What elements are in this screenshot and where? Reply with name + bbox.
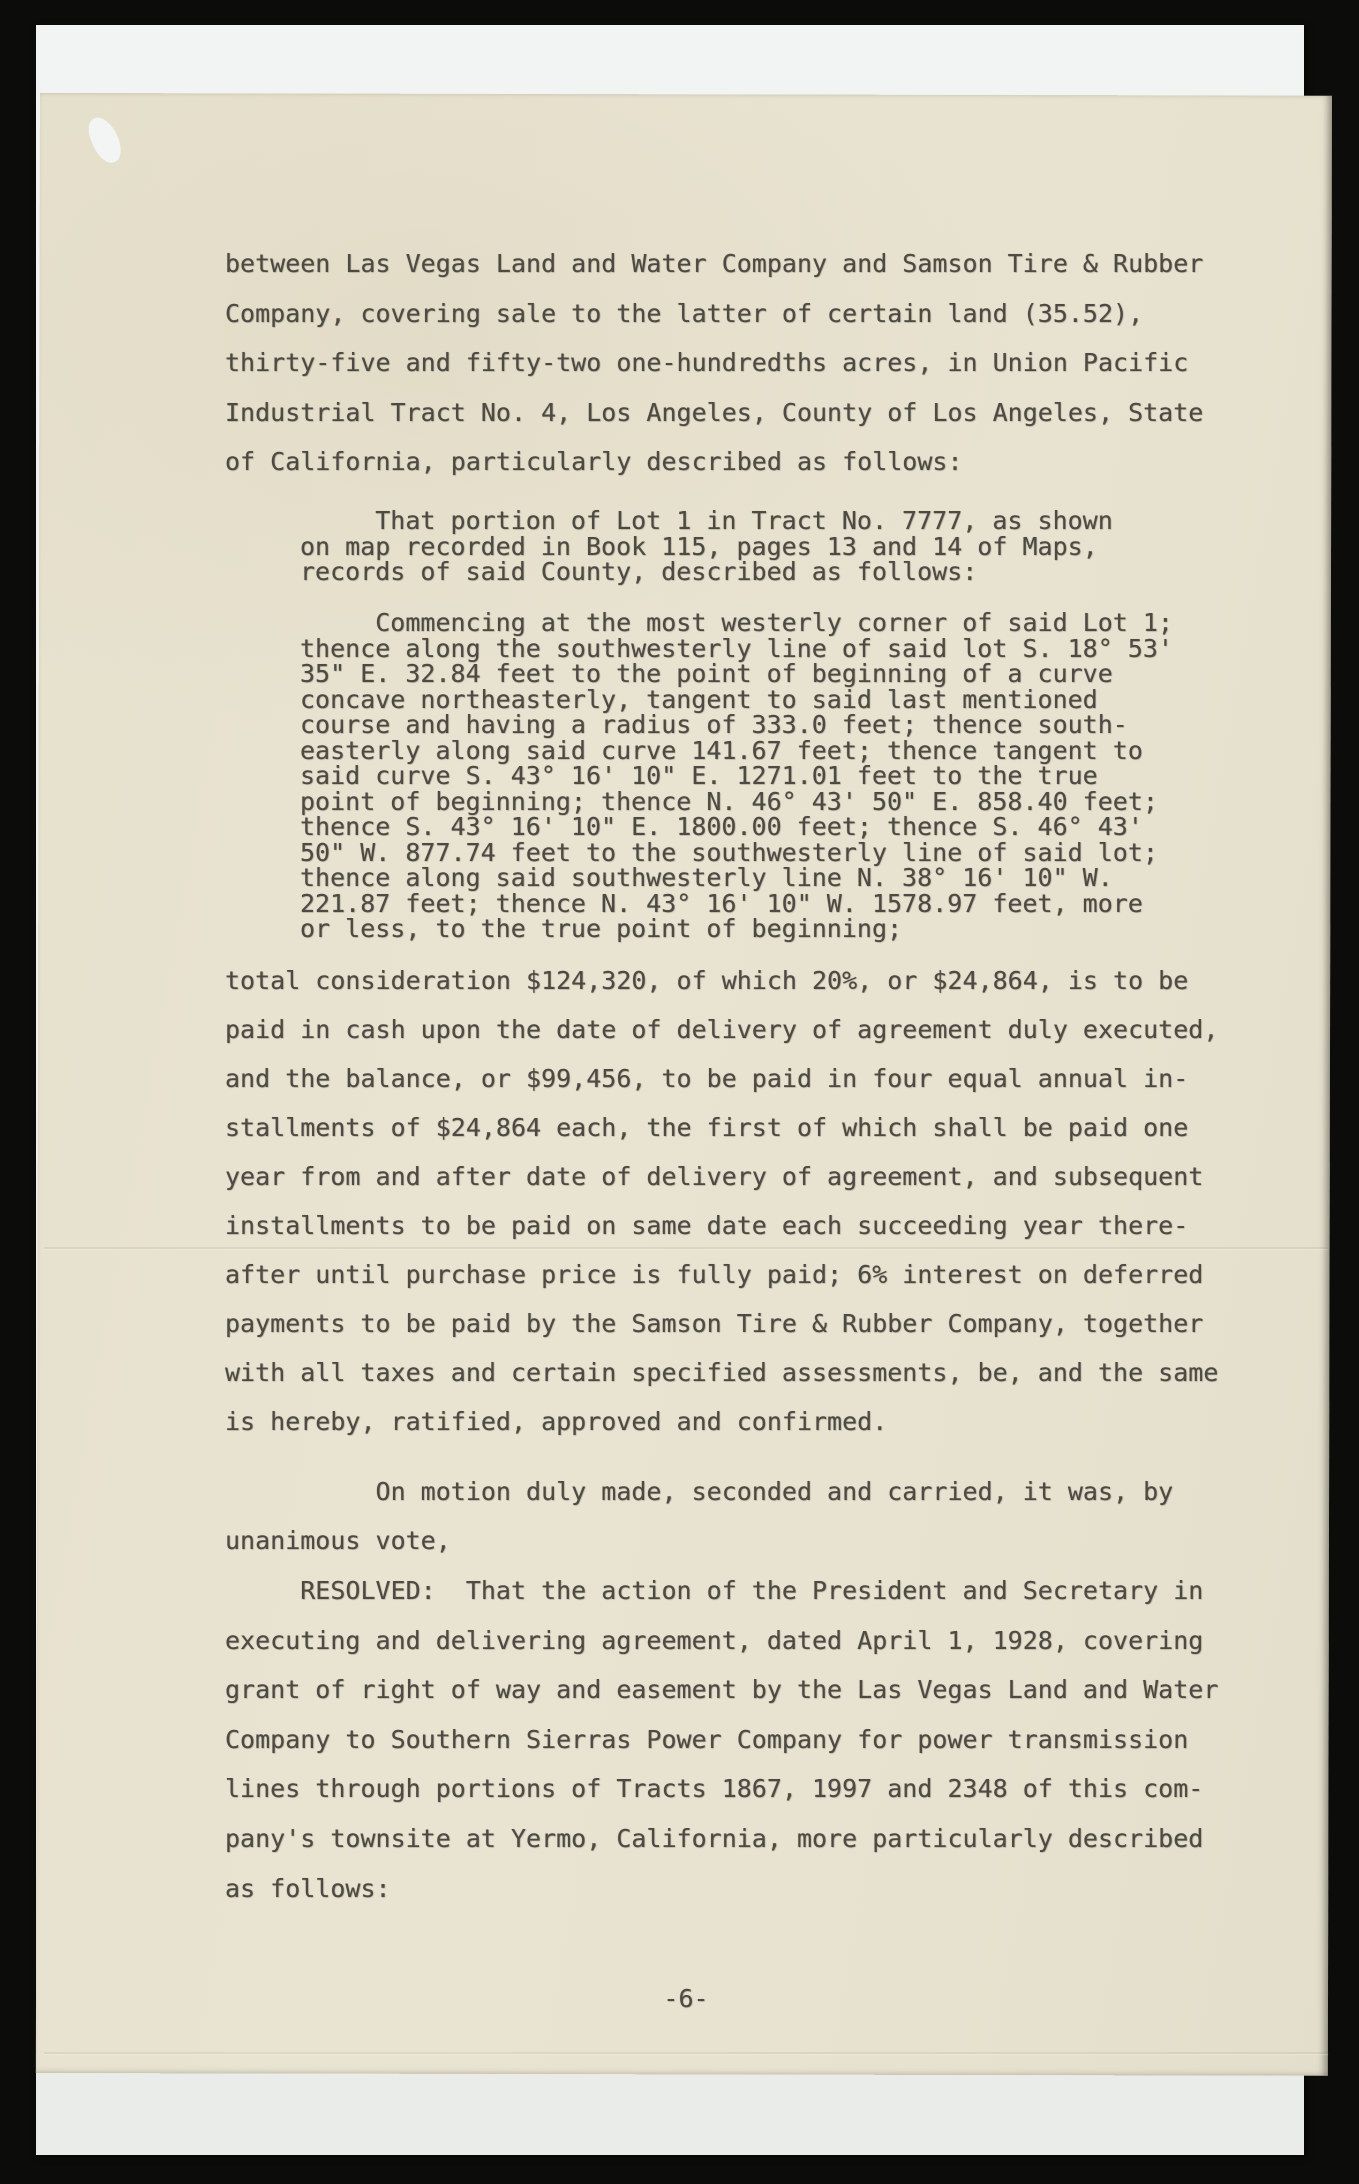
text-line: and the balance, or $99,456, to be paid … [225,1054,1218,1103]
text-line: said curve S. 43° 16' 10" E. 1271.01 fee… [300,763,1173,789]
text-line: 50" W. 877.74 feet to the southwesterly … [300,840,1173,866]
text-line: RESOLVED: That the action of the Preside… [225,1566,1218,1616]
typed-text-layer: between Las Vegas Land and Water Company… [0,0,1359,2184]
page-number: -6- [40,1986,1332,2011]
text-line: thirty-five and fifty-two one-hundredths… [225,338,1203,388]
text-line: year from and after date of delivery of … [225,1152,1218,1201]
text-line: with all taxes and certain specified ass… [225,1348,1218,1397]
paragraph-intro: between Las Vegas Land and Water Company… [225,239,1203,487]
text-line: Industrial Tract No. 4, Los Angeles, Cou… [225,388,1203,438]
text-line: Company, covering sale to the latter of … [225,289,1203,339]
text-line: easterly along said curve 141.67 feet; t… [300,738,1173,764]
text-line: after until purchase price is fully paid… [225,1250,1218,1299]
text-line: paid in cash upon the date of delivery o… [225,1005,1218,1054]
text-line: thence along the southwesterly line of s… [300,636,1173,662]
text-line: between Las Vegas Land and Water Company… [225,239,1203,289]
text-line: grant of right of way and easement by th… [225,1665,1218,1715]
text-line: records of said County, described as fol… [300,559,1113,585]
text-line: lines through portions of Tracts 1867, 1… [225,1764,1218,1814]
paragraph-consideration: total consideration $124,320, of which 2… [225,956,1218,1446]
text-line: course and having a radius of 333.0 feet… [300,712,1173,738]
text-line: installments to be paid on same date eac… [225,1201,1218,1250]
text-line: That portion of Lot 1 in Tract No. 7777,… [300,508,1113,534]
text-line: unanimous vote, [225,1516,1173,1565]
text-line: point of beginning; thence N. 46° 43' 50… [300,789,1173,815]
text-line: thence S. 43° 16' 10" E. 1800.00 feet; t… [300,814,1173,840]
text-line: or less, to the true point of beginning; [300,916,1173,942]
text-line: concave northeasterly, tangent to said l… [300,687,1173,713]
text-line: on map recorded in Book 115, pages 13 an… [300,534,1113,560]
text-line: thence along said southwesterly line N. … [300,865,1173,891]
text-line: of California, particularly described as… [225,437,1203,487]
document-scan: between Las Vegas Land and Water Company… [0,0,1359,2184]
text-line: stallments of $24,864 each, the first of… [225,1103,1218,1152]
paragraph-quote-tract: That portion of Lot 1 in Tract No. 7777,… [300,508,1113,585]
text-line: executing and delivering agreement, date… [225,1616,1218,1666]
text-line: 35" E. 32.84 feet to the point of beginn… [300,661,1173,687]
text-line: as follows: [225,1864,1218,1914]
paragraph-motion: On motion duly made, seconded and carrie… [225,1467,1173,1565]
text-line: payments to be paid by the Samson Tire &… [225,1299,1218,1348]
text-line: is hereby, ratified, approved and confir… [225,1397,1218,1446]
text-line: On motion duly made, seconded and carrie… [225,1467,1173,1516]
text-line: Commencing at the most westerly corner o… [300,610,1173,636]
paragraph-quote-metes-bounds: Commencing at the most westerly corner o… [300,610,1173,942]
text-line: pany's townsite at Yermo, California, mo… [225,1814,1218,1864]
text-line: Company to Southern Sierras Power Compan… [225,1715,1218,1765]
paragraph-resolved: RESOLVED: That the action of the Preside… [225,1566,1218,1913]
text-line: 221.87 feet; thence N. 43° 16' 10" W. 15… [300,891,1173,917]
text-line: total consideration $124,320, of which 2… [225,956,1218,1005]
